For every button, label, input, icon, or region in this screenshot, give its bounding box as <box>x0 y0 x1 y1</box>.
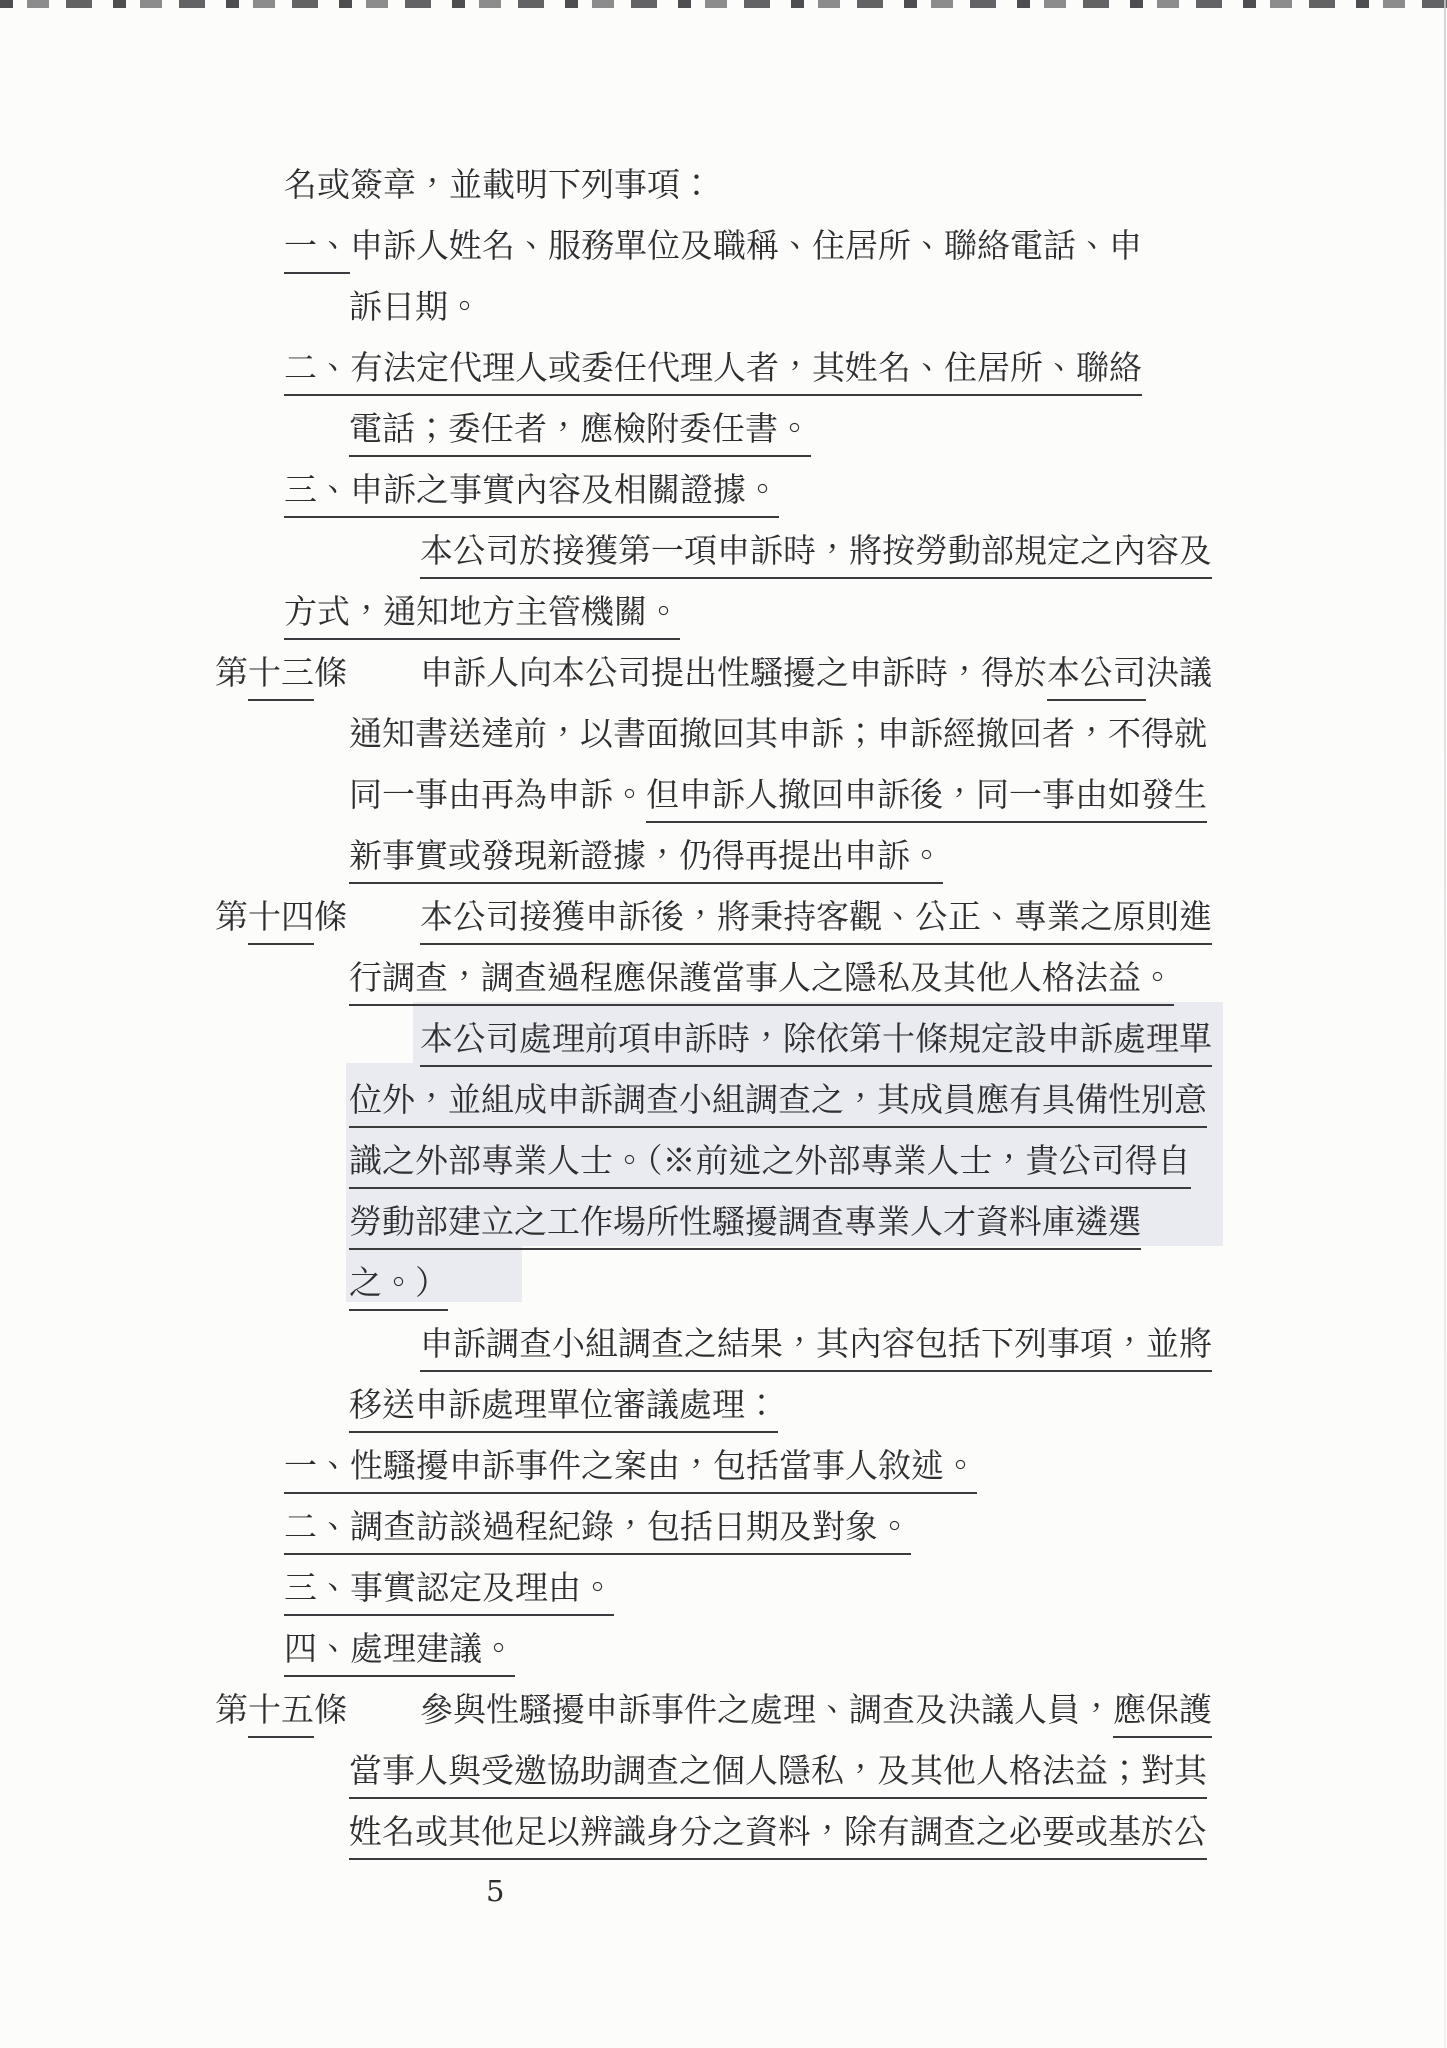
text-segment: 條 <box>314 653 347 693</box>
text-line-12: 同一事由再為申訴。但申訴人撤回申訴後，同一事由如發生 <box>349 775 1207 823</box>
underlined-text: 新事實或發現新證據，仍得再提出申訴。 <box>349 836 943 884</box>
underlined-text: 十五 <box>248 1690 314 1738</box>
text-segment: 條 <box>314 897 347 937</box>
text-line-23: 移送申訴處理單位審議處理： <box>349 1385 778 1433</box>
text-line-21: 之。） <box>349 1263 448 1311</box>
text-line-17: 本公司處理前項申訴時，除依第十條規定設申訴處理單 <box>420 1019 1212 1067</box>
text-line-5: 電話；委任者，應檢附委任書。 <box>349 409 811 457</box>
underlined-text: 移送申訴處理單位審議處理： <box>349 1385 778 1433</box>
underlined-text: 四、處理建議。 <box>284 1629 515 1677</box>
text-segment: 同一事由再為申訴。 <box>349 775 646 815</box>
scan-artifact-right-edge <box>1444 0 1446 2048</box>
underlined-text: 行調查，調查過程應保護當事人之隱私及其他人格法益。 <box>349 958 1174 1006</box>
underlined-text: 本公司於接獲第一項申訴時，將按勞動部規定之內容及 <box>420 531 1212 579</box>
text-segment: 訴日期。 <box>349 287 481 327</box>
text-line-9: 第十三條 <box>215 653 347 701</box>
text-line-13: 新事實或發現新證據，仍得再提出申訴。 <box>349 836 943 884</box>
text-line-8: 方式，通知地方主管機關。 <box>284 592 680 640</box>
text-segment: 條 <box>314 1690 347 1730</box>
text-segment: 第 <box>215 897 248 937</box>
text-line-25: 二、調查訪談過程紀錄，包括日期及對象。 <box>284 1507 911 1555</box>
text-segment: 參與性騷擾申訴事件之處理、調查及決議人員， <box>420 1690 1113 1730</box>
underlined-text: 位外，並組成申訴調查小組調查之，其成員應有具備性別意 <box>349 1080 1207 1128</box>
underlined-text: 二、調查訪談過程紀錄，包括日期及對象。 <box>284 1507 911 1555</box>
text-segment: 名或簽章，並載明下列事項： <box>284 165 713 205</box>
text-line-10: 申訴人向本公司提出性騷擾之申訴時，得於本公司決議 <box>420 653 1212 701</box>
text-line-3: 訴日期。 <box>349 287 481 327</box>
underlined-text: 方式，通知地方主管機關。 <box>284 592 680 640</box>
underlined-text: 三、申訴之事實內容及相關證據。 <box>284 470 779 518</box>
document-page: 名或簽章，並載明下列事項：一、申訴人姓名、服務單位及職稱、住居所、聯絡電話、申訴… <box>0 0 1447 2048</box>
underlined-text: 本公司接獲申訴後，將秉持客觀、公正、專業之原則進 <box>420 897 1212 945</box>
text-segment: 申訴人向本公司提出性騷擾之申訴時，得於 <box>420 653 1047 693</box>
text-segment: 決議 <box>1146 653 1212 693</box>
text-segment: 申訴人姓名、服務單位及職稱、住居所、聯絡電話、申 <box>350 226 1142 266</box>
underlined-text: 勞動部建立之工作場所性騷擾調查專業人才資料庫遴選 <box>349 1202 1141 1250</box>
underlined-text: 之。） <box>349 1263 448 1311</box>
underlined-text: 十三 <box>248 653 314 701</box>
text-line-19: 識之外部專業人士。（※前述之外部專業人士，貴公司得自 <box>349 1141 1191 1189</box>
underlined-text: 應保護 <box>1113 1690 1212 1738</box>
text-line-4: 二、有法定代理人或委任代理人者，其姓名、住居所、聯絡 <box>284 348 1142 396</box>
text-line-20: 勞動部建立之工作場所性騷擾調查專業人才資料庫遴選 <box>349 1202 1141 1250</box>
underlined-text: 姓名或其他足以辨識身分之資料，除有調查之必要或基於公 <box>349 1812 1207 1860</box>
underlined-text: 當事人與受邀協助調查之個人隱私，及其他人格法益；對其 <box>349 1751 1207 1799</box>
text-line-16: 行調查，調查過程應保護當事人之隱私及其他人格法益。 <box>349 958 1174 1006</box>
text-segment: 通知書送達前，以書面撤回其申訴；申訴經撤回者，不得就 <box>349 714 1207 754</box>
underlined-text: 一、 <box>284 226 350 274</box>
underlined-text: 申訴調查小組調查之結果，其內容包括下列事項，並將 <box>420 1324 1212 1372</box>
text-segment: 第 <box>215 653 248 693</box>
text-line-14: 第十四條 <box>215 897 347 945</box>
text-line-24: 一、性騷擾申訴事件之案由，包括當事人敘述。 <box>284 1446 977 1494</box>
text-line-7: 本公司於接獲第一項申訴時，將按勞動部規定之內容及 <box>420 531 1212 579</box>
text-line-1: 名或簽章，並載明下列事項： <box>284 165 713 205</box>
underlined-text: 本公司 <box>1047 653 1146 701</box>
underlined-text: 一、性騷擾申訴事件之案由，包括當事人敘述。 <box>284 1446 977 1494</box>
underlined-text: 電話；委任者，應檢附委任書。 <box>349 409 811 457</box>
text-line-30: 當事人與受邀協助調查之個人隱私，及其他人格法益；對其 <box>349 1751 1207 1799</box>
underlined-text: 三、事實認定及理由。 <box>284 1568 614 1616</box>
scan-artifact-top-edge <box>0 0 1447 8</box>
text-line-11: 通知書送達前，以書面撤回其申訴；申訴經撤回者，不得就 <box>349 714 1207 754</box>
text-line-18: 位外，並組成申訴調查小組調查之，其成員應有具備性別意 <box>349 1080 1207 1128</box>
page-number: 5 <box>486 1874 504 1908</box>
text-line-29: 參與性騷擾申訴事件之處理、調查及決議人員，應保護 <box>420 1690 1212 1738</box>
text-line-27: 四、處理建議。 <box>284 1629 515 1677</box>
text-segment: 第 <box>215 1690 248 1730</box>
text-line-15: 本公司接獲申訴後，將秉持客觀、公正、專業之原則進 <box>420 897 1212 945</box>
text-line-28: 第十五條 <box>215 1690 347 1738</box>
underlined-text: 識之外部專業人士。（※前述之外部專業人士，貴公司得自 <box>349 1141 1191 1189</box>
text-line-2: 一、申訴人姓名、服務單位及職稱、住居所、聯絡電話、申 <box>284 226 1142 274</box>
underlined-text: 本公司處理前項申訴時，除依第十條規定設申訴處理單 <box>420 1019 1212 1067</box>
text-line-22: 申訴調查小組調查之結果，其內容包括下列事項，並將 <box>420 1324 1212 1372</box>
underlined-text: 二、有法定代理人或委任代理人者，其姓名、住居所、聯絡 <box>284 348 1142 396</box>
text-line-26: 三、事實認定及理由。 <box>284 1568 614 1616</box>
underlined-text: 但申訴人撤回申訴後，同一事由如發生 <box>646 775 1207 823</box>
text-line-31: 姓名或其他足以辨識身分之資料，除有調查之必要或基於公 <box>349 1812 1207 1860</box>
text-line-6: 三、申訴之事實內容及相關證據。 <box>284 470 779 518</box>
underlined-text: 十四 <box>248 897 314 945</box>
